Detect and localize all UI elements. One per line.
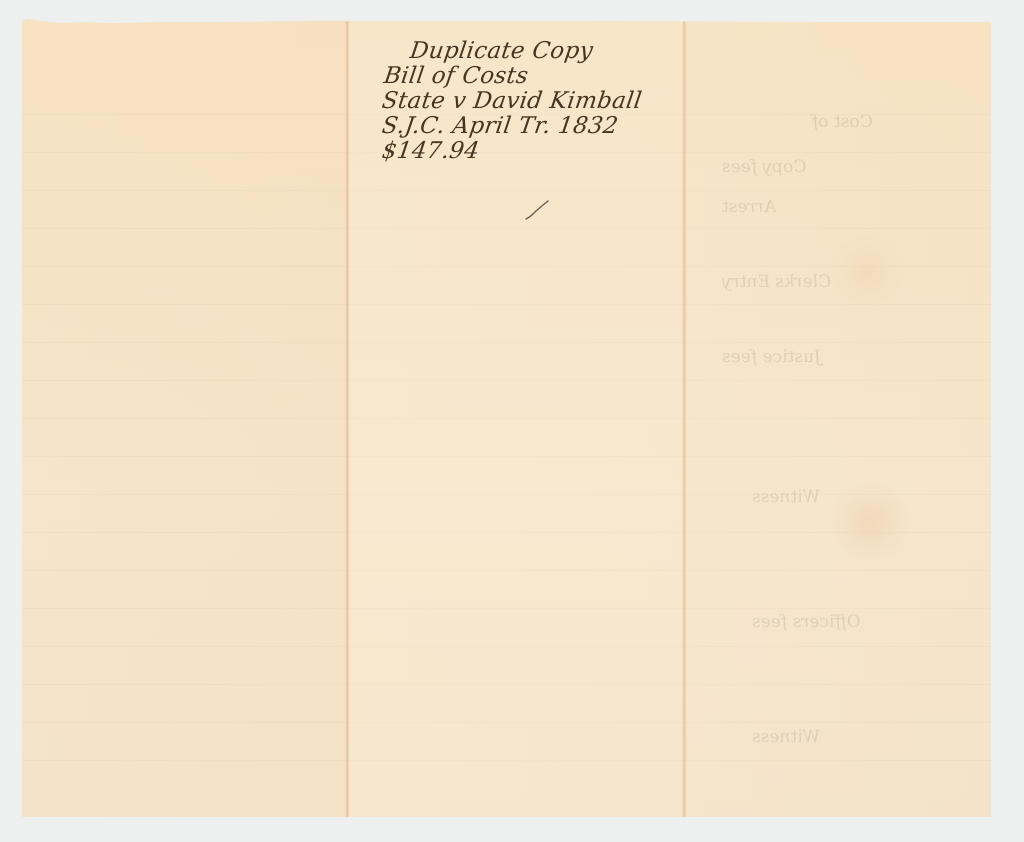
docket-line-court-term: S.J.C. April Tr. 1832 bbox=[360, 114, 674, 139]
bleed-through-text: Witness bbox=[751, 487, 822, 507]
paper-sheet: Cost of Copy fees Arrest Clerks Entry Ju… bbox=[22, 17, 991, 817]
fold-crease-left bbox=[345, 17, 350, 817]
scanned-document: Cost of Copy fees Arrest Clerks Entry Ju… bbox=[0, 0, 1024, 842]
bleed-through-text: Cost of bbox=[811, 112, 875, 132]
right-fold-panel bbox=[685, 17, 991, 817]
fold-crease-right bbox=[682, 17, 687, 817]
bleed-through-text: Justice fees bbox=[721, 347, 823, 367]
docket-line-duplicate-copy: Duplicate Copy bbox=[360, 39, 674, 64]
docket-inscription: Duplicate Copy Bill of Costs State v Dav… bbox=[362, 39, 672, 164]
bleed-through-text: Clerks Entry bbox=[721, 272, 833, 292]
check-mark-icon bbox=[524, 199, 550, 221]
docket-line-bill-of-costs: Bill of Costs bbox=[360, 64, 674, 89]
left-fold-panel bbox=[22, 17, 347, 817]
docket-line-amount: $147.94 bbox=[360, 139, 674, 164]
bleed-through-text: Officers fees bbox=[751, 612, 862, 632]
docket-line-case-name: State v David Kimball bbox=[360, 89, 674, 114]
bleed-through-text: Witness bbox=[751, 727, 822, 747]
bleed-through-text: Copy fees bbox=[721, 157, 808, 177]
bleed-through-text: Arrest bbox=[721, 197, 778, 217]
